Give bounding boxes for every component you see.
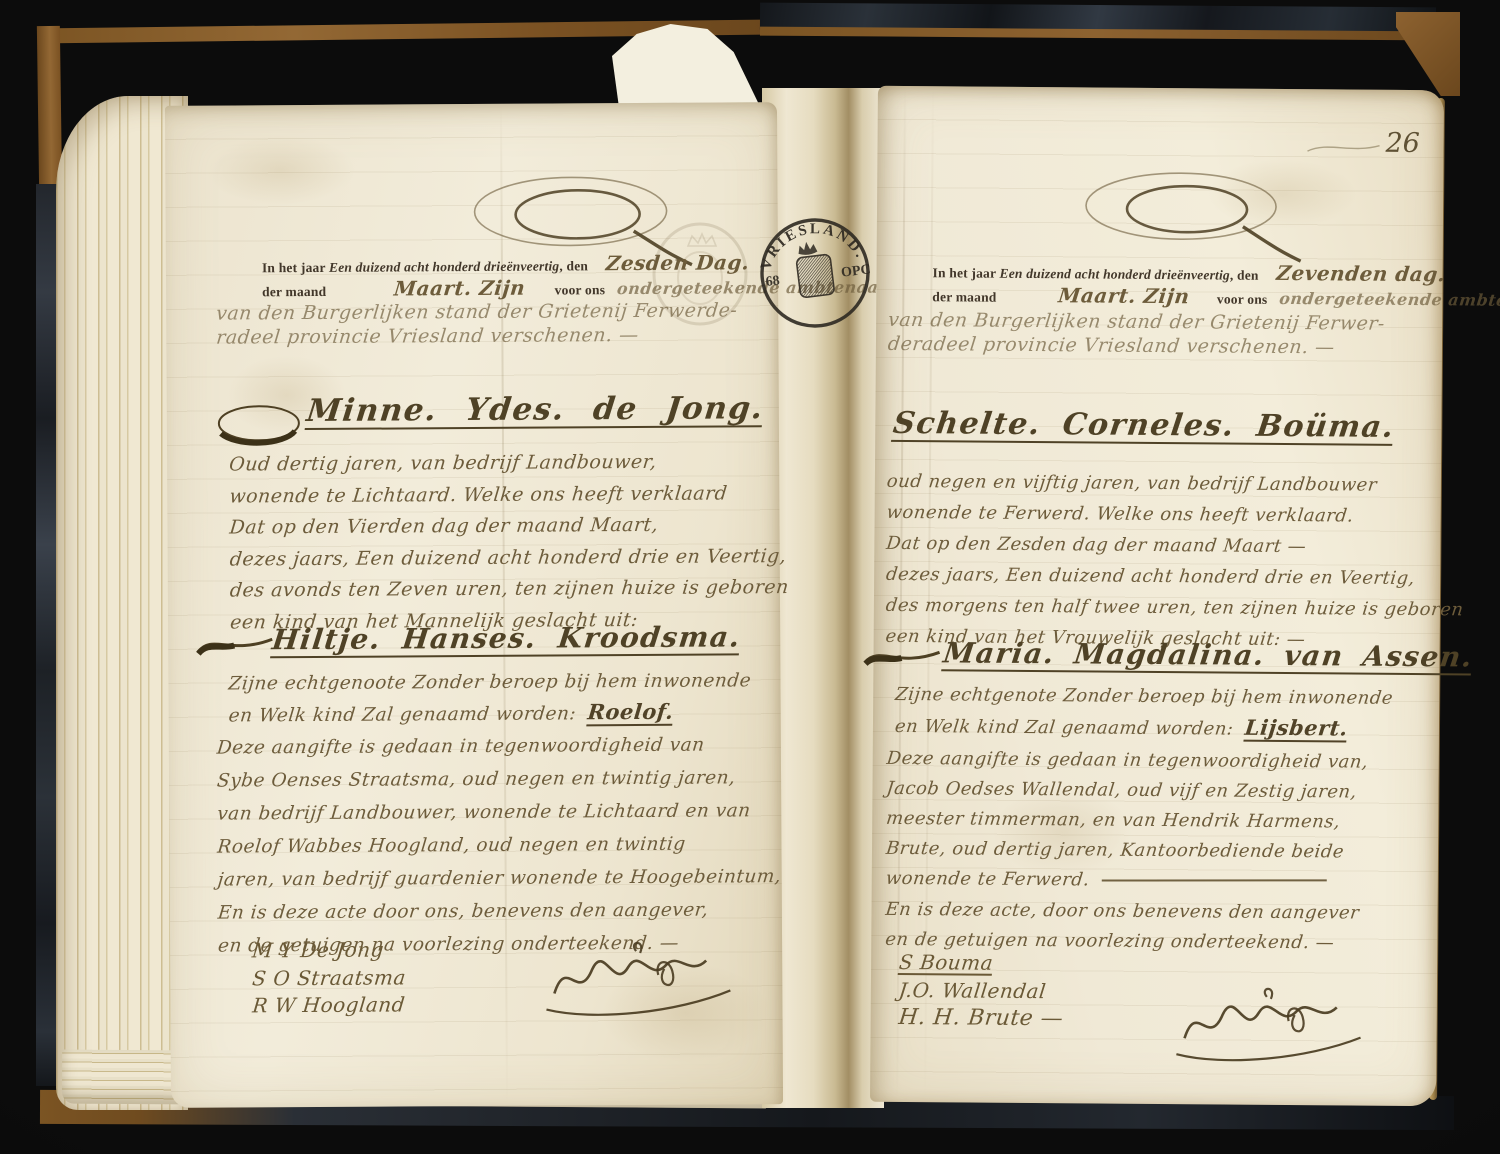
manuscript-line: Sybe Oenses Straatsma, oud negen en twin… (215, 761, 782, 797)
manuscript-line: dezes jaars, Een duizend acht honderd dr… (228, 541, 790, 576)
printed-header-line2: der maand Maart. Zijn voor ons ondergete… (932, 282, 1500, 311)
manuscript-line: Roelof Wabbes Hoogland, oud negen en twi… (216, 827, 783, 863)
manuscript-line: En is deze acte, door ons benevens den a… (884, 895, 1369, 929)
signature: S O Straatsma (251, 964, 407, 992)
printed-text: In het jaar (262, 260, 326, 275)
manuscript-line: jaren, van bedrijf guardenier wonende te… (216, 860, 783, 896)
age-stain (205, 135, 355, 206)
printed-year: Een duizend acht honderd drieënveertig (1000, 266, 1230, 283)
act-body: Deze aangifte is gedaan in tegenwoordigh… (217, 728, 782, 962)
signature-block: M Y De Jong S O Straatsma R W Hoogland (252, 936, 406, 1019)
manuscript-line-text: wonende te Ferwerd. (884, 864, 1091, 896)
printed-text: , den (1230, 268, 1259, 283)
child-name: Roelof. (587, 697, 676, 728)
manuscript-line: Dat op den Vierden dag der maand Maart, (228, 509, 790, 544)
declarant-name: Minne. Ydes. de Jong. (305, 390, 766, 429)
manuscript-line: en Welk kind Zal genaamd worden: Lijsber… (895, 710, 1393, 747)
manuscript-line: Deze aangifte is gedaan in tegenwoordigh… (215, 728, 782, 764)
act-body: oud negen en vijftig jaren, van bedrijf … (886, 466, 1465, 657)
manuscript-line: Jacob Oedses Wallendal, oud vijf en Zest… (885, 774, 1370, 808)
handwritten-month: Maart. Zijn (1057, 283, 1191, 308)
printed-text: der maand (932, 289, 996, 305)
manuscript-line: van bedrijf Landbouwer, wonende te Licht… (216, 794, 783, 830)
handwritten-official: ondergeteekende ambtenaar (1278, 289, 1500, 310)
manuscript-line: Oud dertig jaren, van bedrijf Landbouwer… (228, 446, 790, 481)
printed-text: der maand (262, 284, 326, 299)
act-body: Zijne echtgenoote Zonder beroep bij hem … (228, 666, 751, 732)
mother-name: Maria. Magdalina. van Assen. (941, 636, 1475, 673)
act-body: Oud dertig jaren, van bedrijf Landbouwer… (229, 446, 789, 638)
stamp-shield-icon (796, 254, 835, 298)
printed-year: Een duizend acht honderd drieënveertig (329, 258, 559, 274)
manuscript-line: En is deze acte door ons, benevens den a… (216, 893, 783, 929)
manuscript-line: meester timmerman, en van Hendrik Harmen… (885, 804, 1370, 838)
manuscript-line: wonende te Ferwerd. (886, 864, 1368, 899)
official-signature-flourish (540, 938, 741, 1027)
signature: J.O. Wallendal (897, 976, 1065, 1005)
printed-text: In het jaar (932, 265, 996, 280)
pen-swash (863, 642, 941, 675)
manuscript-line: deradeel provincie Vriesland verschenen.… (887, 332, 1386, 360)
stamp-left-text: 68 (765, 273, 781, 290)
printed-text: voor ons (1217, 291, 1268, 306)
folio-number: 26 (1385, 128, 1420, 159)
declarant-name: Schelte. Corneles. Boüma. (891, 406, 1397, 445)
blind-embossed-stamp (648, 218, 752, 330)
manuscript-line: Zijne echtgenote Zonder beroep bij hem i… (894, 680, 1395, 714)
ink-rule (1102, 879, 1327, 881)
manuscript-line: en Welk kind Zal genaamd worden: Roelof. (229, 696, 752, 732)
signature-block: S Bouma J.O. Wallendal H. H. Brute — (899, 948, 1064, 1033)
manuscript-line: oud negen en vijftig jaren, van bedrijf … (885, 466, 1466, 502)
printed-text: voor ons (555, 282, 606, 297)
pen-swash (196, 629, 274, 661)
folio-number-group: 26 (1305, 127, 1420, 159)
manuscript-line: Deze aangifte is gedaan in tegenwoordigh… (885, 744, 1370, 778)
stamp-crown-icon (797, 241, 817, 256)
signature: R W Hoogland (251, 991, 407, 1019)
printed-text: , den (559, 258, 588, 273)
book-cover-corner (1396, 12, 1460, 96)
handwritten-intro: van den Burgerlijken stand der Grietenij… (888, 308, 1385, 360)
signature: M Y De Jong (251, 936, 407, 964)
act-body: Deze aangifte is gedaan in tegenwoordigh… (885, 744, 1368, 959)
pen-squiggle (1305, 137, 1381, 158)
calligraphic-flourish (1073, 165, 1304, 263)
vriesland-ink-stamp: VRIESLAND. 68 OPC (747, 205, 883, 341)
manuscript-line: wonende te Lichtaard. Welke ons heeft ve… (228, 478, 790, 513)
manuscript-line: wonende te Ferwerd. Welke ons heeft verk… (885, 497, 1466, 533)
right-page: 26 In het jaar Een duizend acht honderd … (870, 86, 1444, 1106)
official-signature-flourish (1170, 986, 1371, 1072)
child-line-text: en Welk kind Zal genaamd worden: (893, 712, 1235, 745)
manuscript-line: Brute, oud dertig jaren, Kantoorbediende… (884, 834, 1369, 868)
manuscript-line: dezes jaars, Een duizend acht honderd dr… (884, 559, 1465, 595)
manuscript-line: Dat op den Zesden dag der maand Maart — (885, 528, 1466, 564)
handwritten-month: Maart. Zijn (393, 276, 527, 301)
handwritten-day: Zevenden dag. (1275, 261, 1447, 286)
register-book-photo: In het jaar Een duizend acht honderd dri… (0, 0, 1500, 1154)
pen-swash (215, 401, 301, 450)
manuscript-line: Zijne echtgenoote Zonder beroep bij hem … (227, 666, 753, 699)
signature: S Bouma (898, 948, 1066, 977)
signature: H. H. Brute — (897, 1004, 1065, 1033)
manuscript-line: des morgens ten half twee uren, ten zijn… (884, 590, 1465, 626)
act-body: Zijne echtgenote Zonder beroep bij hem i… (895, 680, 1393, 747)
child-line-text: en Welk kind Zal genaamd worden: (227, 699, 577, 731)
manuscript-line: des avonds ten Zeven uren, ten zijnen hu… (228, 572, 790, 607)
child-name: Lijsbert. (1244, 713, 1350, 744)
mother-name: Hiltje. Hanses. Kroodsma. (270, 620, 743, 656)
